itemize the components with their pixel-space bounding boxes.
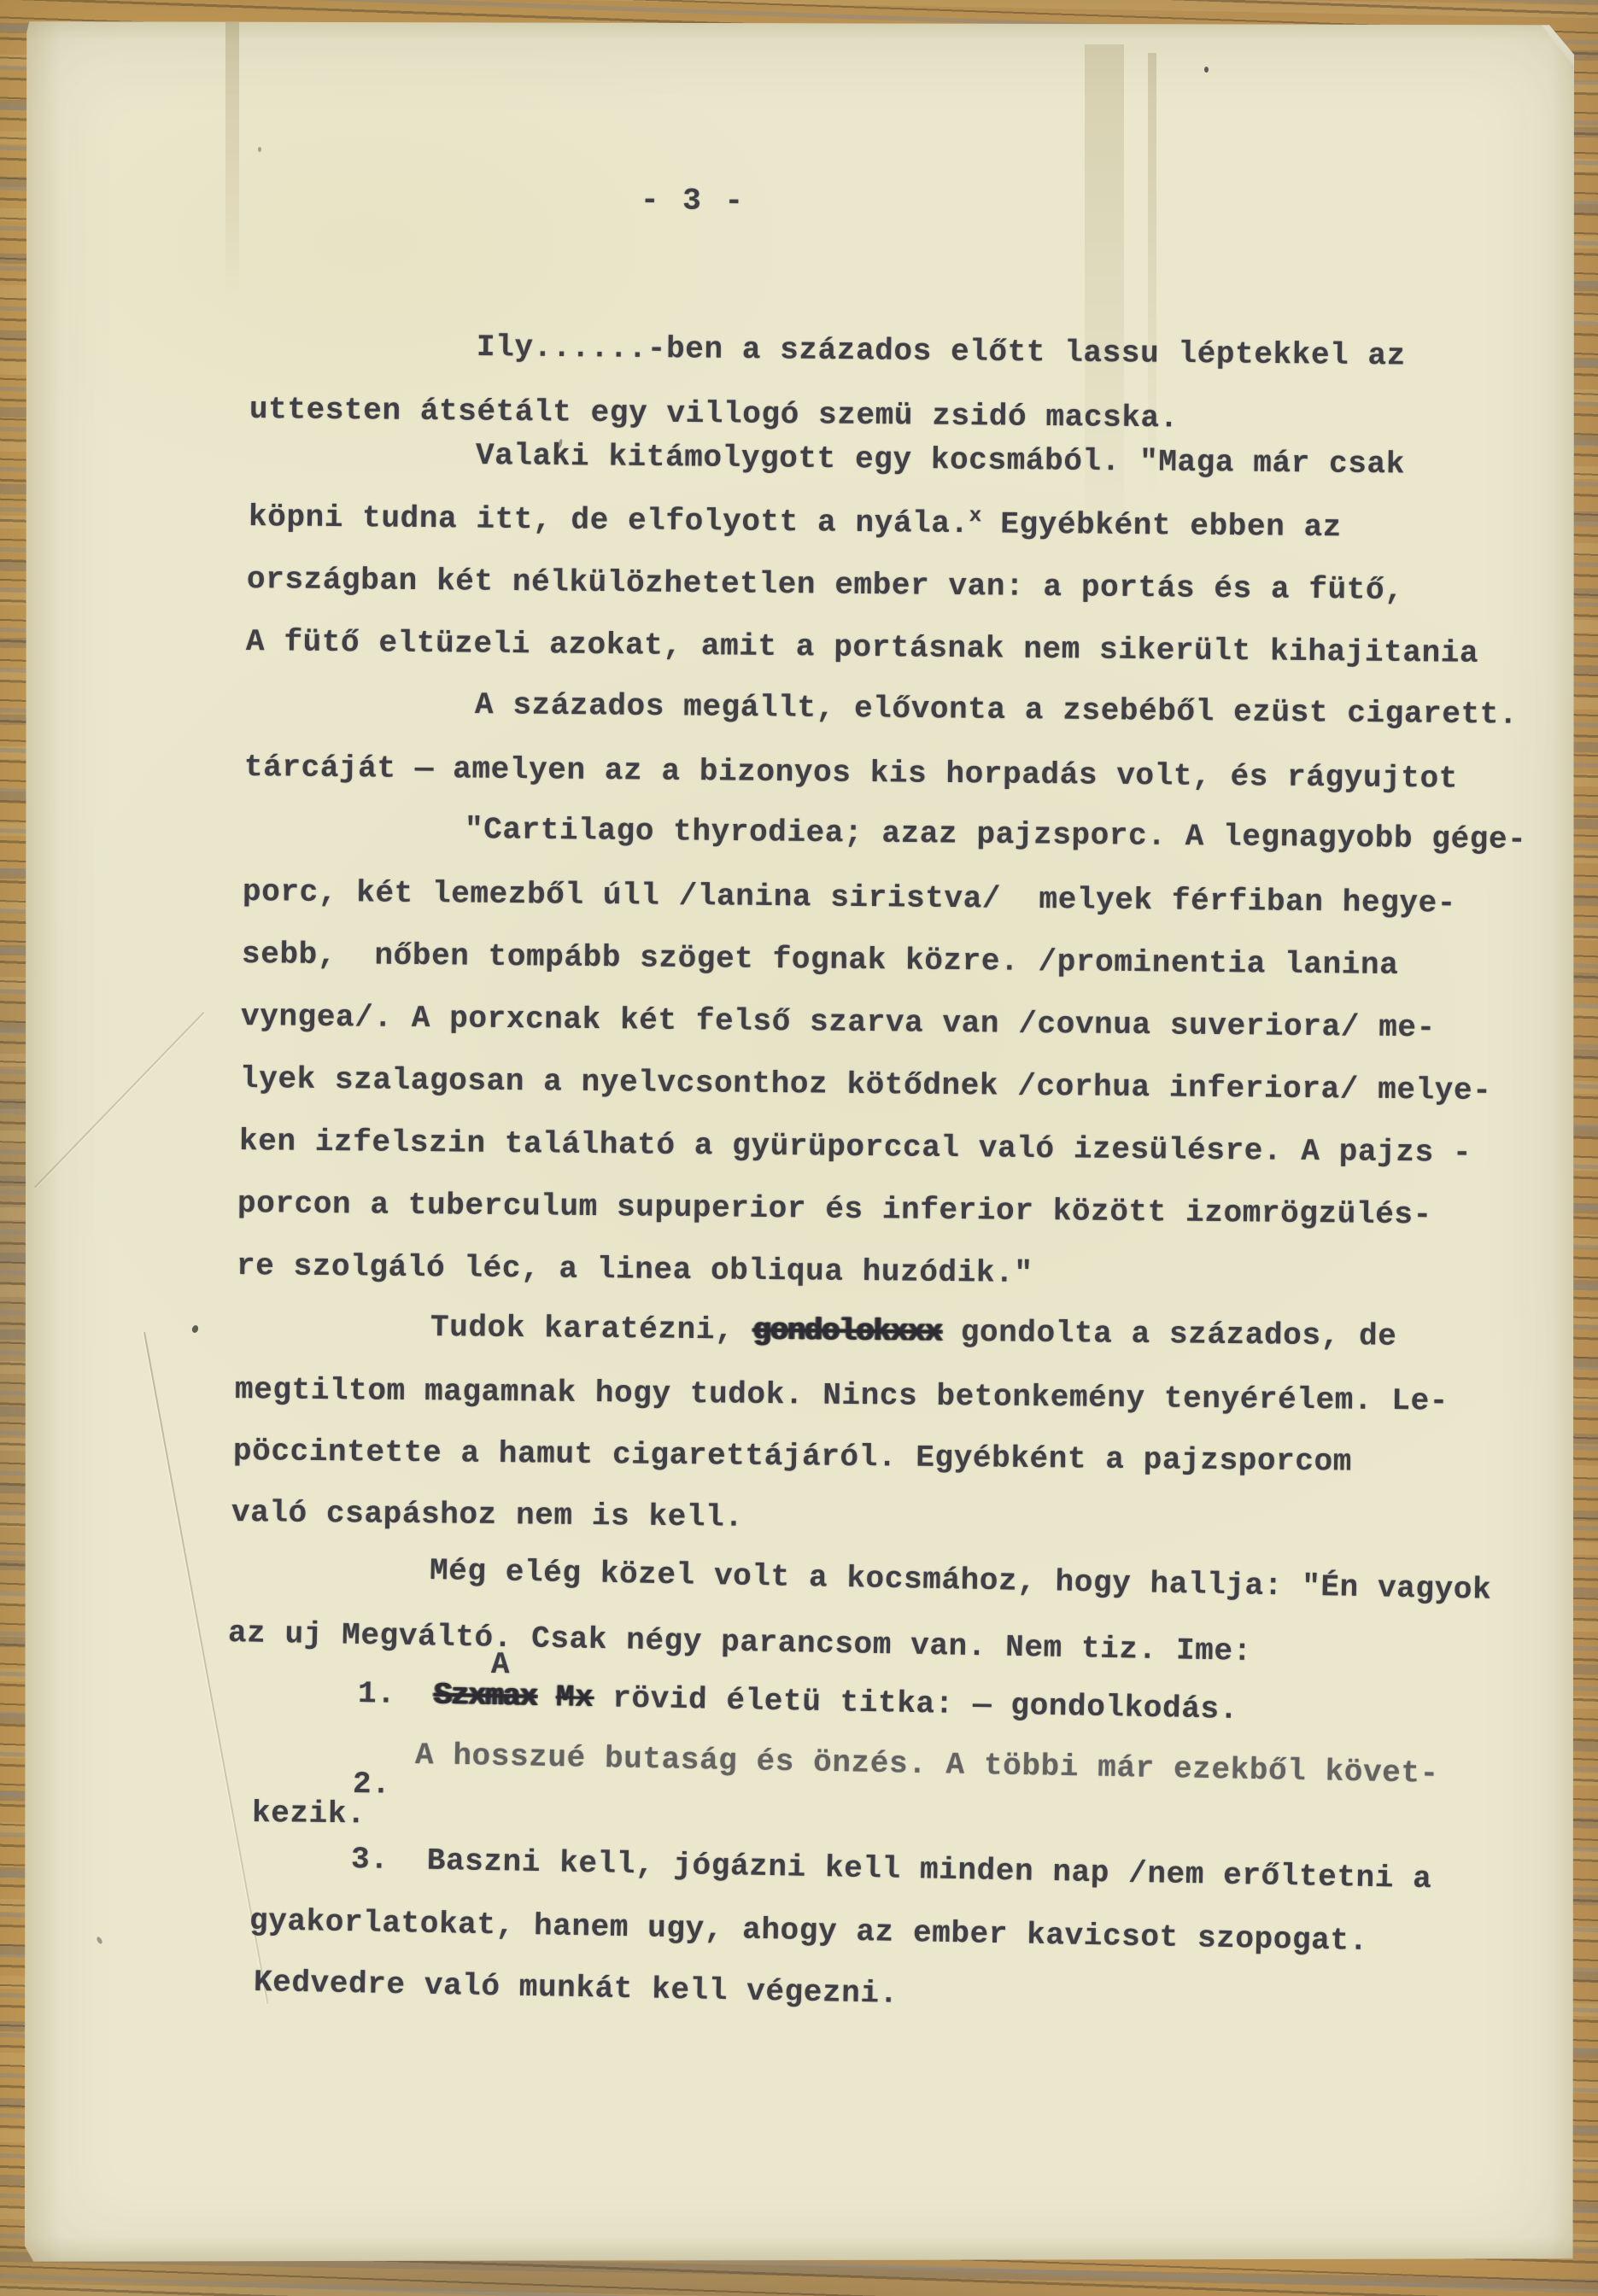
- paper-corner-fold: [1537, 19, 1574, 67]
- typed-text: [536, 1680, 556, 1715]
- typed-text: Tudok karatézni,: [430, 1310, 753, 1348]
- typed-line: re szolgáló léc, a linea obliqua huzódik…: [237, 1247, 1033, 1293]
- superscript-x-mark: x: [969, 505, 982, 528]
- typed-text: Egyébként ebben az: [981, 506, 1342, 545]
- item-number: 1.: [358, 1676, 435, 1713]
- paper-streak: [225, 22, 239, 304]
- typed-text: köpni tudna itt, de elfolyott a nyála.: [249, 500, 969, 541]
- ink-speck: [258, 147, 261, 152]
- page-number: - 3 -: [641, 182, 746, 220]
- desk-background: - 3 - Ily......-ben a százados előtt las…: [0, 0, 1598, 2296]
- ink-speck: [96, 1936, 103, 1944]
- strikethrough-text: gondolokxxx: [752, 1313, 942, 1350]
- paper-crease: [34, 1012, 204, 1188]
- typed-line: való csapáshoz nem is kell.: [231, 1494, 744, 1537]
- list-item-2-continuation: kezik.: [252, 1795, 366, 1833]
- strikethrough-text: Szxmax: [433, 1678, 536, 1715]
- ink-speck: [1204, 67, 1209, 73]
- typed-text: gondolta a százados, de: [941, 1315, 1396, 1354]
- strikethrough-text: Mx: [555, 1680, 594, 1715]
- ink-speck: [191, 1324, 200, 1334]
